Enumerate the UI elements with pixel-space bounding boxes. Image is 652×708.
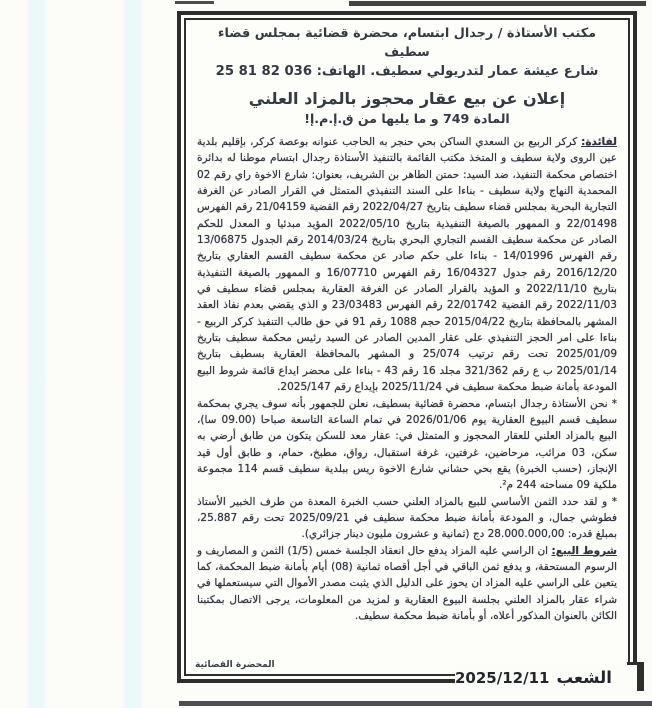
column-corner-mark <box>627 662 644 691</box>
bailiff-office-name: مكتب الأستاذة / رجدال ابتسام، محضرة قضائ… <box>197 24 617 62</box>
paragraph-sale-announcement: * نحن الأستاذة رجدال ابتسام، محضرة قضائي… <box>197 396 617 494</box>
paragraph-sale-conditions: شروط البيع: ان الراسي عليه المزاد يدفع ح… <box>197 543 617 625</box>
notice-title: إعلان عن بيع عقار محجوز بالمزاد العلني <box>197 89 617 109</box>
paragraph-beneficiary: لفائدة: كركر الربيع بن السعدي الساكن بحي… <box>197 134 617 396</box>
paragraph-base-price: * و لقد حدد الثمن الأساسي للبيع بالمزاد … <box>197 494 617 543</box>
beneficiary-text: كركر الربيع بن السعدي الساكن بحي حنجر به… <box>197 136 617 393</box>
auction-notice-frame: مكتب الأستاذة / رجدال ابتسام، محضرة قضائ… <box>177 11 637 683</box>
blank-scan-margin <box>0 0 177 708</box>
scanned-newspaper-page: مكتب الأستاذة / رجدال ابتسام، محضرة قضائ… <box>0 0 652 708</box>
cropped-print-line-top-left <box>175 1 214 4</box>
sale-announcement-text: * نحن الأستاذة رجدال ابتسام، محضرة قضائي… <box>197 398 617 492</box>
beneficiary-label: لفائدة: <box>581 136 617 148</box>
base-price-text: * و لقد حدد الثمن الأساسي للبيع بالمزاد … <box>197 496 617 541</box>
newspaper-footer: الشعب 2025/12/11 <box>455 662 652 693</box>
notice-body: لفائدة: كركر الربيع بن السعدي الساكن بحي… <box>197 134 617 624</box>
auction-notice-content: مكتب الأستاذة / رجدال ابتسام، محضرة قضائ… <box>184 18 630 676</box>
issue-date: 2025/12/11 <box>455 669 549 687</box>
cropped-print-line-bottom <box>179 701 652 706</box>
newspaper-name: الشعب <box>556 668 611 687</box>
bailiff-office-address-phone: شارع عيشة عمار لتدريولي سطيف. الهاتف: 03… <box>197 62 617 81</box>
notice-legal-article-subtitle: المادة 749 و ما يليها من ق.إ.م.إ! <box>197 111 617 127</box>
bailiff-signature: المحضرة القضائية <box>195 660 275 670</box>
cropped-print-line-top-right <box>349 1 646 6</box>
sale-conditions-label: شروط البيع: <box>552 545 618 557</box>
